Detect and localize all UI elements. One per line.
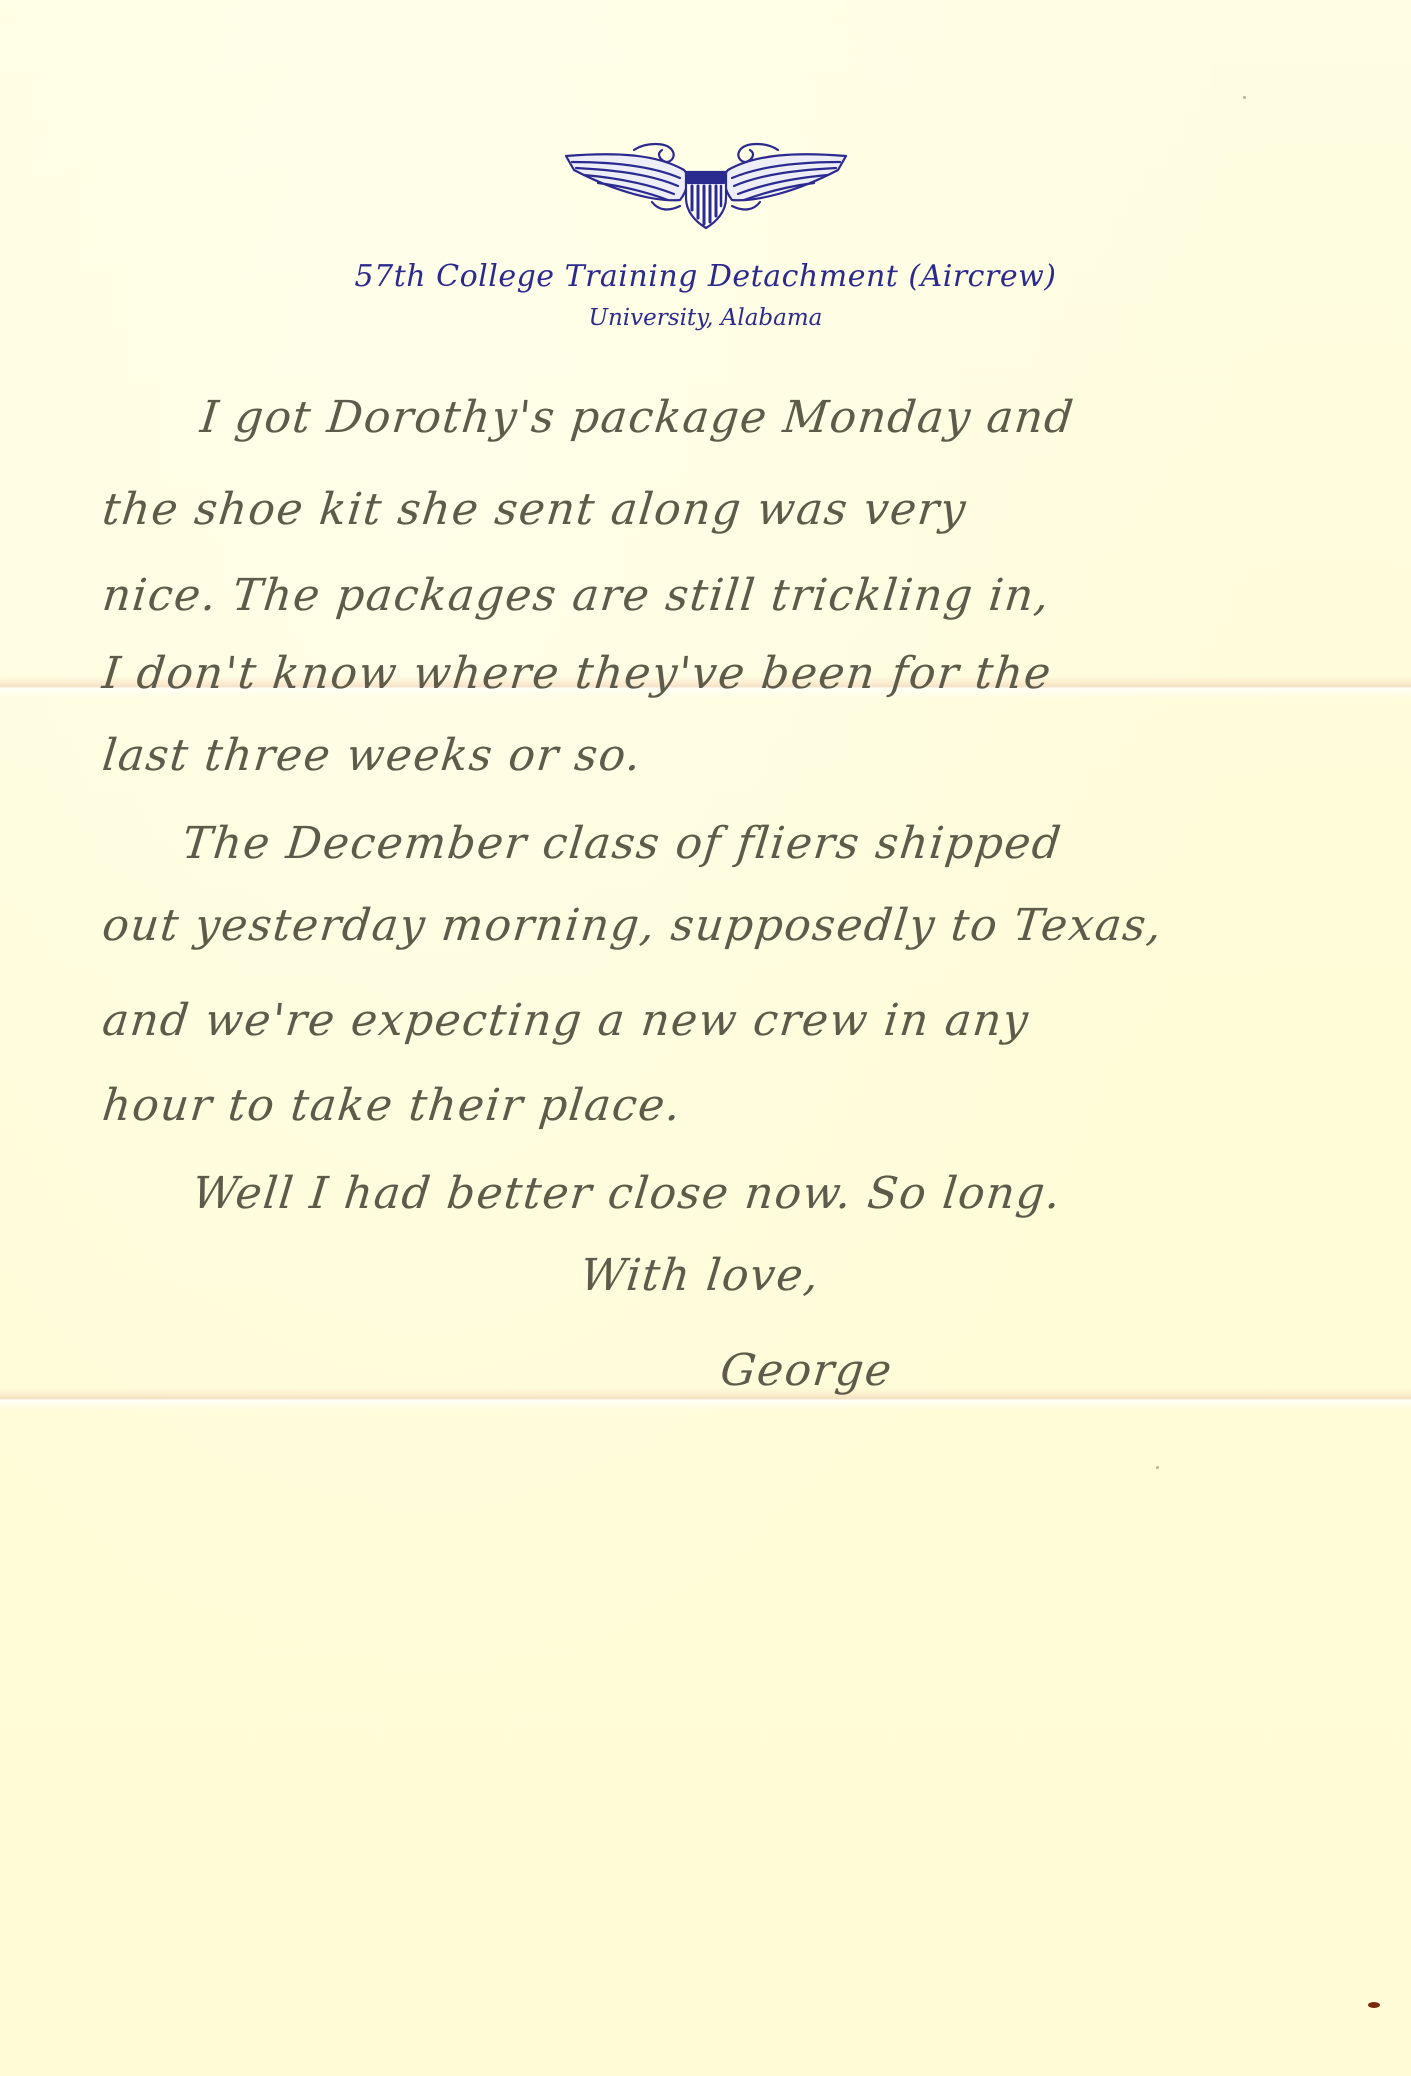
letter-line: Well I had better close now. So long. — [190, 1168, 1064, 1219]
letter-signature: George — [718, 1345, 895, 1396]
letter-line: I got Dorothy's package Monday and — [198, 392, 1077, 443]
letter-line: nice. The packages are still trickling i… — [100, 570, 1053, 621]
organization-location: University, Alabama — [0, 305, 1411, 331]
letter-line: the shoe kit she sent along was very — [100, 484, 969, 535]
letter-line: last three weeks or so. — [100, 730, 644, 781]
letter-line: The December class of fliers shipped — [180, 818, 1064, 869]
paper-speck — [1243, 96, 1246, 99]
fold-crease-lower — [0, 1388, 1411, 1410]
letter-line: I don't know where they've been for the — [100, 648, 1055, 699]
letter-line: out yesterday morning, supposedly to Tex… — [100, 900, 1165, 951]
organization-name: 57th College Training Detachment (Aircre… — [0, 260, 1411, 293]
letter-line: and we're expecting a new crew in any — [100, 995, 1032, 1046]
letterhead: 57th College Training Detachment (Aircre… — [0, 140, 1411, 331]
paper-stain — [1368, 2002, 1380, 2008]
aviator-wings-shield-icon — [556, 140, 856, 232]
letter-line: hour to take their place. — [100, 1080, 684, 1131]
paper-speck — [1156, 1466, 1159, 1469]
letter-closing: With love, — [578, 1250, 822, 1301]
